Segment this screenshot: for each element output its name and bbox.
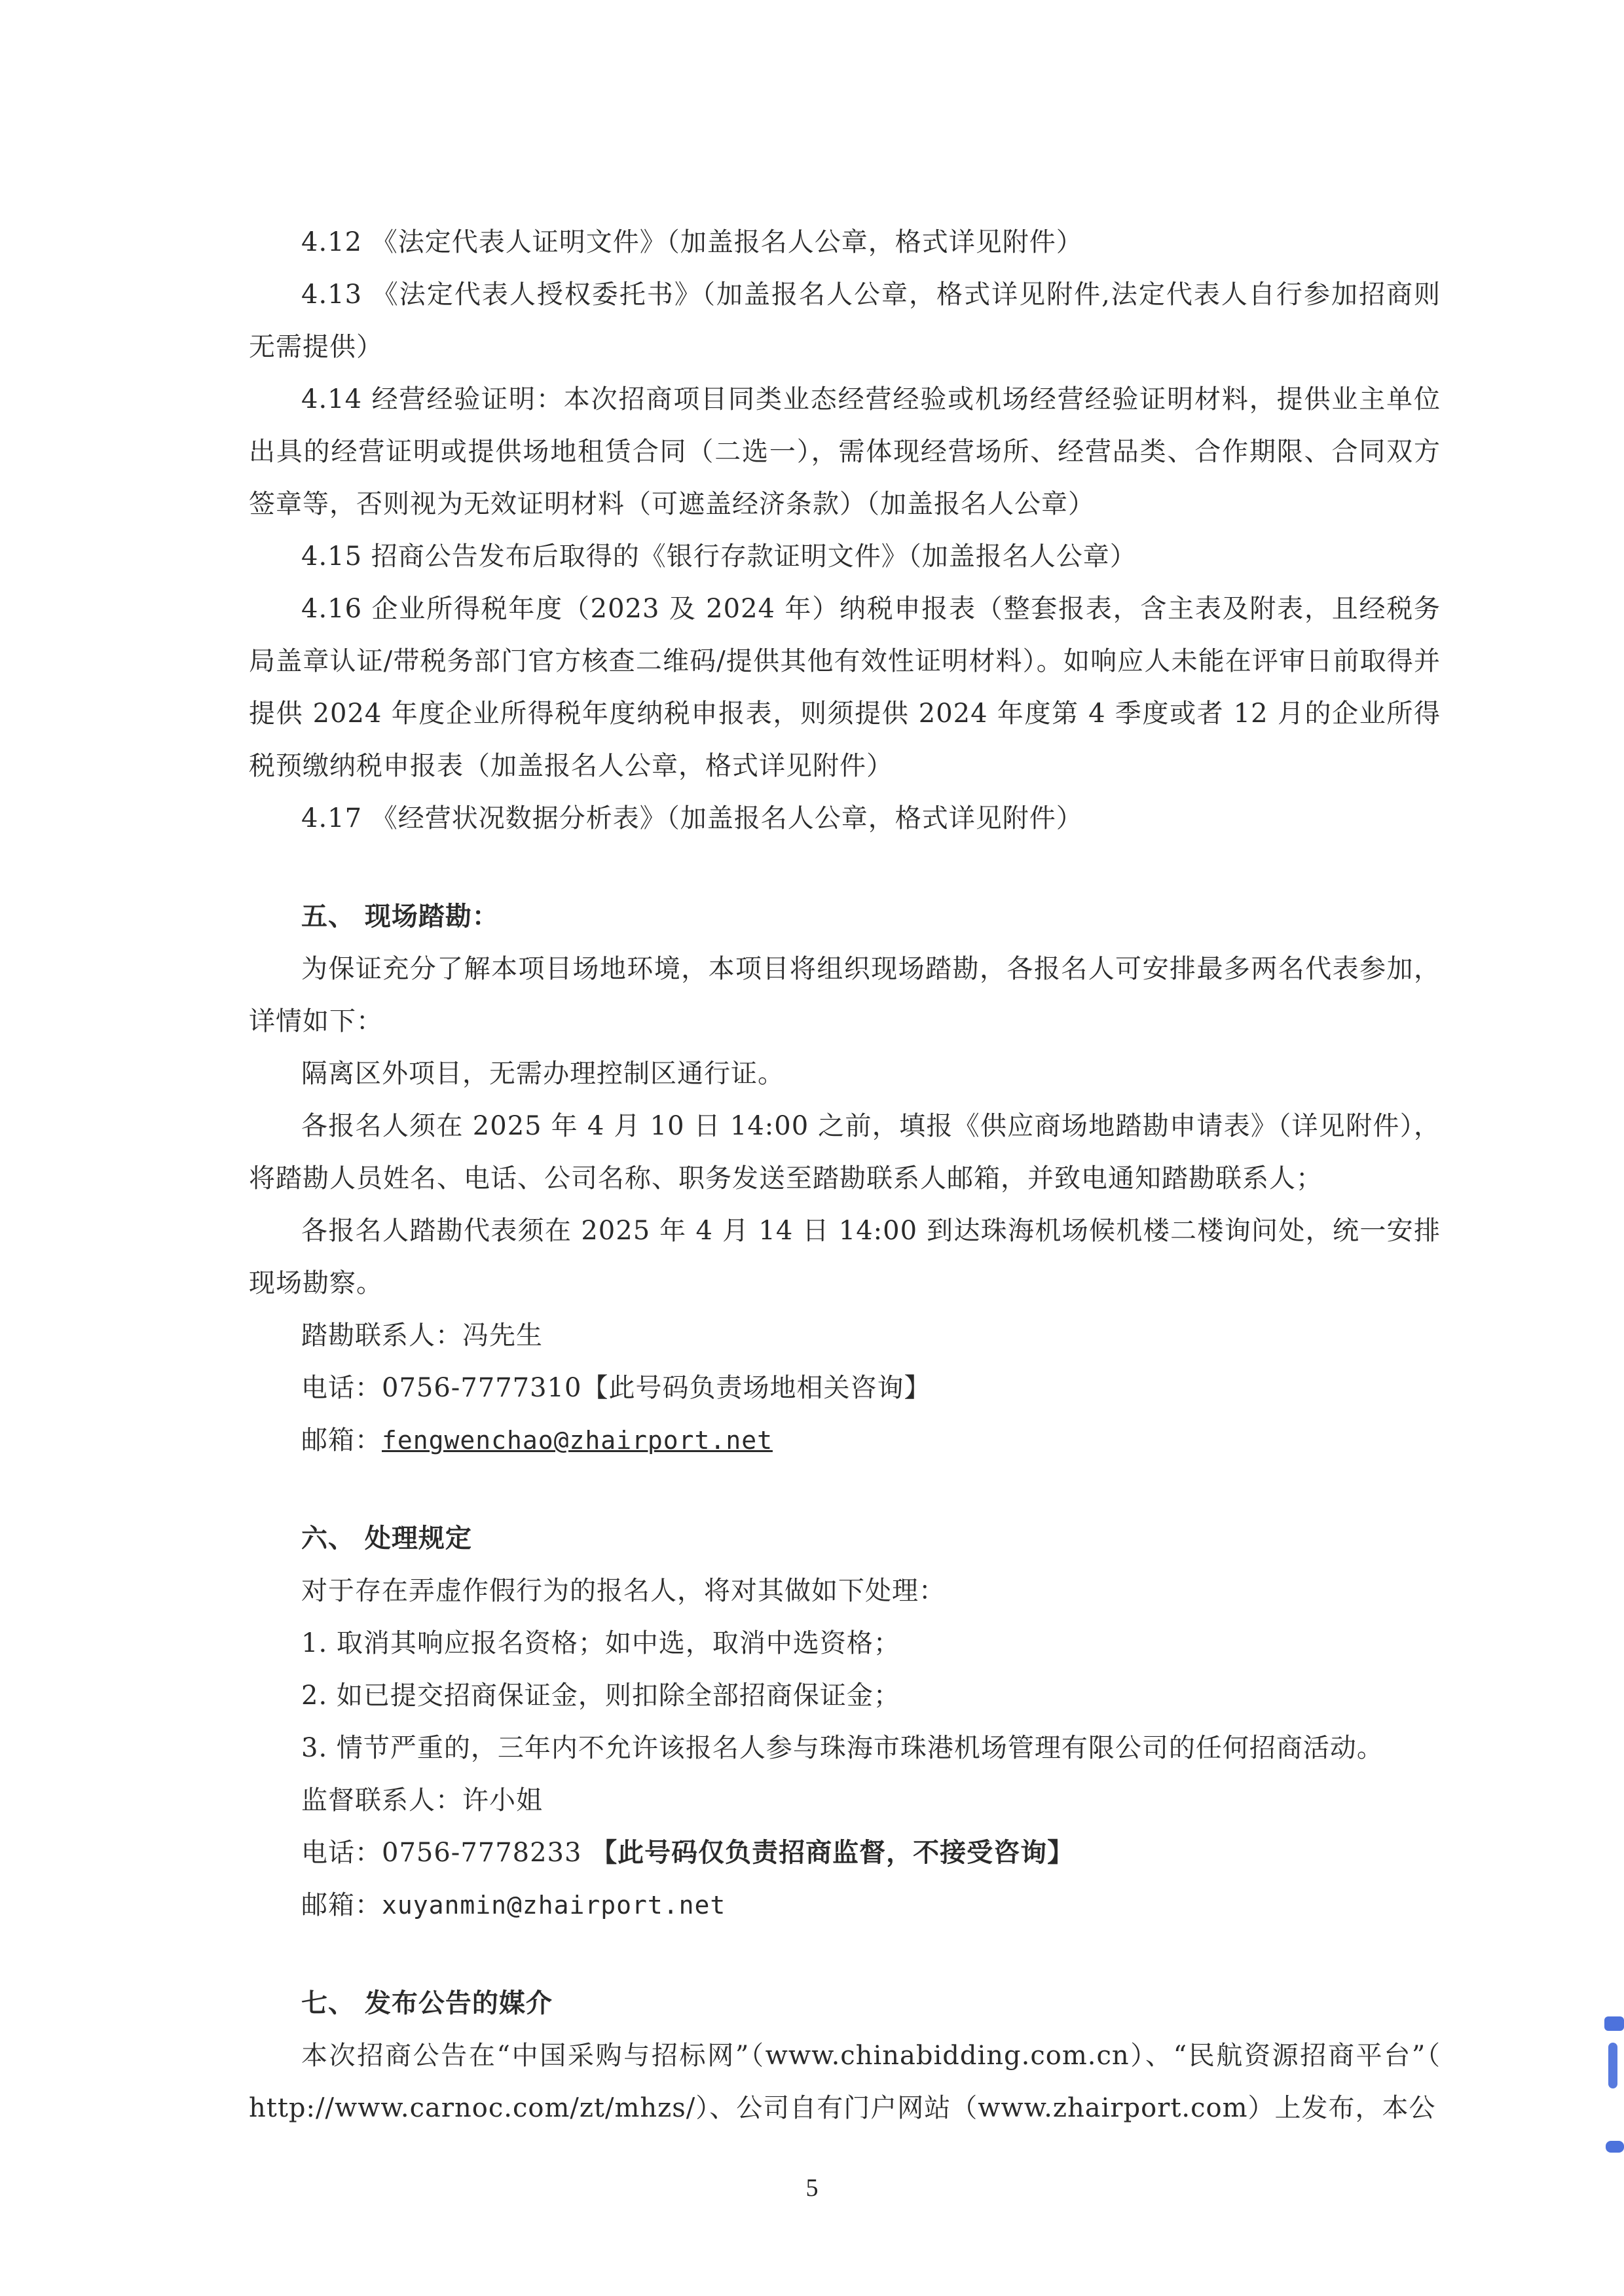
section6-list-item: 2. 如已提交招商保证金，则扣除全部招商保证金； [249, 1669, 1441, 1722]
section5-paragraph: 为保证充分了解本项目场地环境，本项目将组织现场踏勘，各报名人可安排最多两名代表参… [249, 943, 1441, 1048]
section5-paragraph: 各报名人须在 2025 年 4 月 10 日 14:00 之前，填报《供应商场地… [249, 1100, 1441, 1205]
item-number: 4.15 [301, 541, 362, 572]
item-number: 4.16 [301, 594, 362, 624]
item-number: 4.12 [301, 227, 362, 257]
section5-paragraph: 各报名人踏勘代表须在 2025 年 4 月 14 日 14:00 到达珠海机场候… [249, 1205, 1441, 1309]
spacer [249, 1467, 1441, 1512]
item-4-15: 4.15 招商公告发布后取得的《银行存款证明文件》（加盖报名人公章） [249, 530, 1441, 583]
item-4-16: 4.16 企业所得税年度（2023 及 2024 年）纳税申报表（整套报表，含主… [249, 583, 1441, 792]
item-number: 4.13 [301, 280, 362, 310]
item-text: 《法定代表人证明文件》（加盖报名人公章，格式详见附件） [371, 227, 1083, 257]
document-page: 4.12 《法定代表人证明文件》（加盖报名人公章，格式详见附件） 4.13 《法… [0, 0, 1624, 2296]
section6-intro: 对于存在弄虚作假行为的报名人，将对其做如下处理： [249, 1565, 1441, 1617]
item-text: 《经营状况数据分析表》（加盖报名人公章，格式详见附件） [371, 803, 1083, 833]
item-text: 经营经验证明：本次招商项目同类业态经营经验或机场经营经验证明材料，提供业主单位出… [249, 384, 1441, 519]
phone-note: 【此号码负责场地相关咨询】 [581, 1373, 931, 1403]
spacer [249, 1931, 1441, 1977]
phone-label: 电话： [301, 1373, 382, 1403]
section7-paragraph: 本次招商公告在“中国采购与招标网”（www.chinabidding.com.c… [249, 2030, 1441, 2134]
item-number: 4.17 [301, 803, 362, 833]
stamp-mark [1604, 2016, 1624, 2031]
section5-paragraph: 隔离区外项目，无需办理控制区通行证。 [249, 1048, 1441, 1100]
supervisor-email: 邮箱：xuyanmin@zhairport.net [249, 1879, 1441, 1931]
supervisor-phone: 电话：0756-7778233 【此号码仅负责招商监督，不接受咨询】 [249, 1827, 1441, 1879]
item-4-14: 4.14 经营经验证明：本次招商项目同类业态经营经验或机场经营经验证明材料，提供… [249, 373, 1441, 530]
section6-list-item: 3. 情节严重的，三年内不允许该报名人参与珠海市珠港机场管理有限公司的任何招商活… [249, 1722, 1441, 1774]
stamp-mark [1608, 2043, 1617, 2088]
phone-number: 0756-7777310 [382, 1373, 581, 1403]
survey-phone: 电话：0756-7777310【此号码负责场地相关咨询】 [249, 1362, 1441, 1414]
section6-list-item: 1. 取消其响应报名资格；如中选，取消中选资格； [249, 1617, 1441, 1669]
seal-stamp-fragment [1598, 2016, 1624, 2154]
item-4-17: 4.17 《经营状况数据分析表》（加盖报名人公章，格式详见附件） [249, 792, 1441, 845]
item-text: 企业所得税年度（2023 及 2024 年）纳税申报表（整套报表，含主表及附表，… [249, 594, 1441, 781]
item-text: 《法定代表人授权委托书》（加盖报名人公章，格式详见附件,法定代表人自行参加招商则… [249, 280, 1441, 362]
survey-email: 邮箱：fengwenchao@zhairport.net [249, 1414, 1441, 1467]
section5-heading: 五、 现场踏勘： [249, 890, 1441, 943]
phone-number: 0756-7778233 [382, 1838, 581, 1868]
stamp-mark [1606, 2141, 1624, 2153]
item-number: 4.14 [301, 384, 362, 414]
email-link[interactable]: fengwenchao@zhairport.net [382, 1426, 773, 1455]
supervisor-contact: 监督联系人：许小姐 [249, 1774, 1441, 1827]
email-text: xuyanmin@zhairport.net [382, 1891, 726, 1920]
spacer [249, 845, 1441, 890]
email-label: 邮箱： [301, 1425, 382, 1455]
section7-heading: 七、 发布公告的媒介 [249, 1977, 1441, 2030]
survey-contact: 踏勘联系人：冯先生 [249, 1309, 1441, 1362]
phone-label: 电话： [301, 1838, 382, 1868]
page-content: 4.12 《法定代表人证明文件》（加盖报名人公章，格式详见附件） 4.13 《法… [249, 216, 1441, 2134]
email-label: 邮箱： [301, 1890, 382, 1920]
page-number: 5 [0, 2174, 1624, 2202]
item-4-13: 4.13 《法定代表人授权委托书》（加盖报名人公章，格式详见附件,法定代表人自行… [249, 268, 1441, 373]
section6-heading: 六、 处理规定 [249, 1512, 1441, 1565]
item-4-12: 4.12 《法定代表人证明文件》（加盖报名人公章，格式详见附件） [249, 216, 1441, 268]
item-text: 招商公告发布后取得的《银行存款证明文件》（加盖报名人公章） [371, 541, 1137, 572]
phone-note: 【此号码仅负责招商监督，不接受咨询】 [591, 1837, 1074, 1868]
